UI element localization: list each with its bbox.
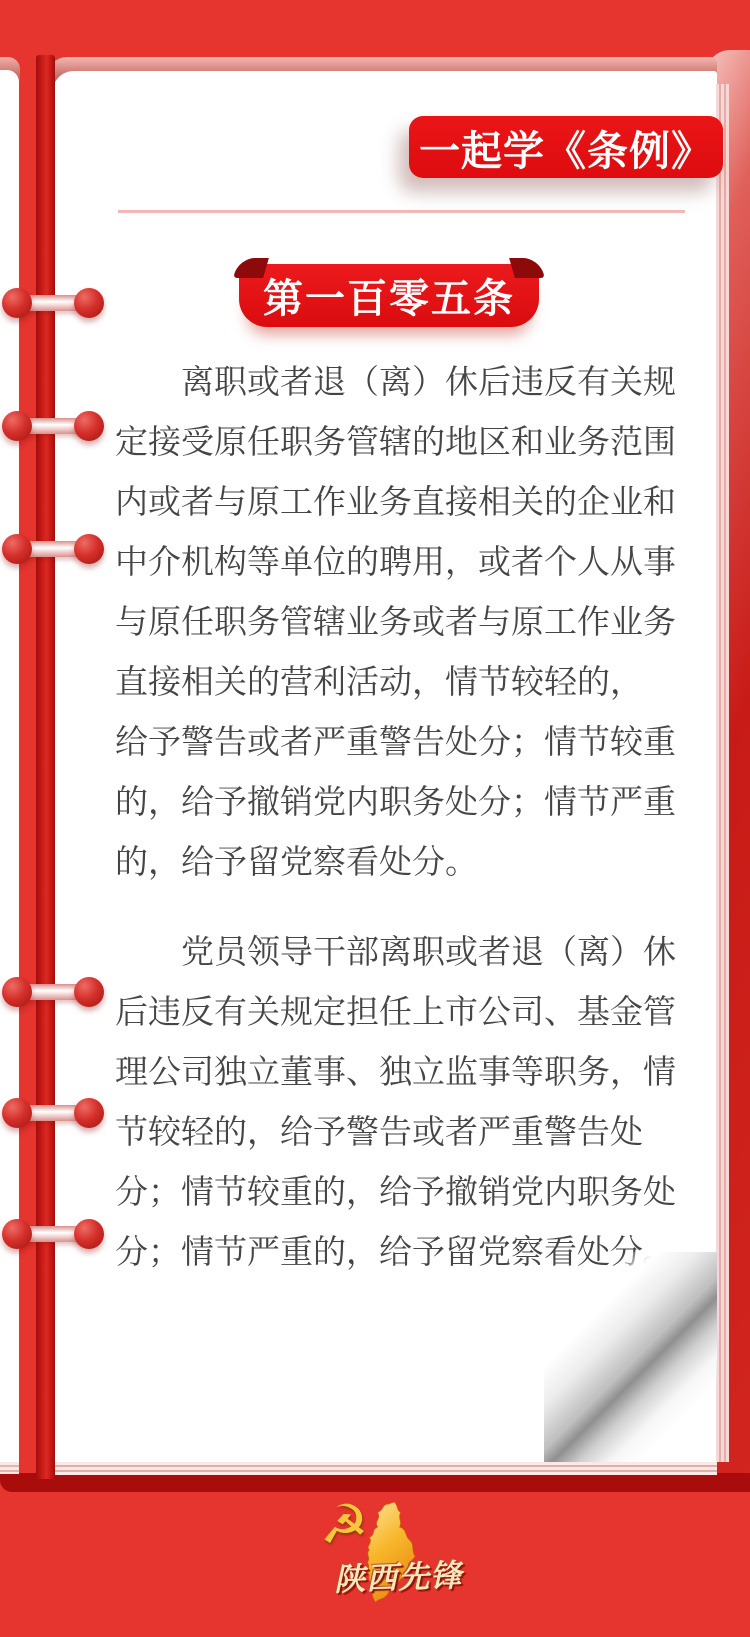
body-line: 分；情节较重的，给予撤销党内职务处: [115, 1162, 677, 1222]
body-line: 直接相关的营利活动，情节较轻的，: [115, 652, 677, 712]
body-line: 内或者与原工作业务直接相关的企业和: [115, 472, 677, 532]
header-divider-line: [118, 210, 685, 213]
page-stack-bottom-edge: [52, 1462, 717, 1475]
binder-ring-icon: [2, 1218, 104, 1250]
binder-ring-icon: [2, 533, 104, 565]
body-line: 与原任职务管辖业务或者与原工作业务: [115, 592, 677, 652]
body-line: 中介机构等单位的聘用，或者个人从事: [115, 532, 677, 592]
article-paragraph-1: 离职或者退（离）休后违反有关规 定接受原任职务管辖的地区和业务范围 内或者与原工…: [115, 352, 677, 892]
body-line: 理公司独立董事、独立监事等职务，情: [115, 1042, 677, 1102]
body-line: 的，给予留党察看处分。: [115, 832, 677, 892]
left-page-sliver: [0, 70, 19, 1462]
body-line: 党员领导干部离职或者退（离）休: [115, 922, 677, 982]
body-line: 后违反有关规定担任上市公司、基金管: [115, 982, 677, 1042]
left-page-stack-edge: [0, 1462, 19, 1474]
page-stack-right-edge: [716, 84, 729, 1462]
brand-logo-text: 陕西先锋: [317, 1549, 478, 1600]
page-curl-ridge: [544, 1252, 717, 1462]
binder-ring-icon: [2, 1097, 104, 1129]
notebook-cover-bottom-band: [0, 1473, 750, 1492]
page-curl: [544, 1252, 717, 1462]
article-paragraph-2: 党员领导干部离职或者退（离）休 后违反有关规定担任上市公司、基金管 理公司独立董…: [115, 922, 677, 1282]
header-banner: 一起学《条例》: [409, 116, 723, 178]
article-number-badge: 第一百零五条: [239, 264, 539, 327]
binder-ring-icon: [2, 410, 104, 442]
body-line: 离职或者退（离）休后违反有关规: [115, 352, 677, 412]
binder-ring-icon: [2, 287, 104, 319]
body-line: 节较轻的，给予警告或者严重警告处: [115, 1102, 677, 1162]
body-line: 定接受原任职务管辖的地区和业务范围: [115, 412, 677, 472]
binder-ring-icon: [2, 976, 104, 1008]
party-emblem-icon: ☭: [320, 1498, 368, 1552]
poster-canvas: 一起学《条例》 第一百零五条 离职或者退（离）休后违反有关规 定接受原任职务管辖…: [0, 0, 750, 1637]
body-line: 给予警告或者严重警告处分；情节较重: [115, 712, 677, 772]
body-line: 的，给予撤销党内职务处分；情节严重: [115, 772, 677, 832]
notebook-spine: [36, 55, 55, 1479]
